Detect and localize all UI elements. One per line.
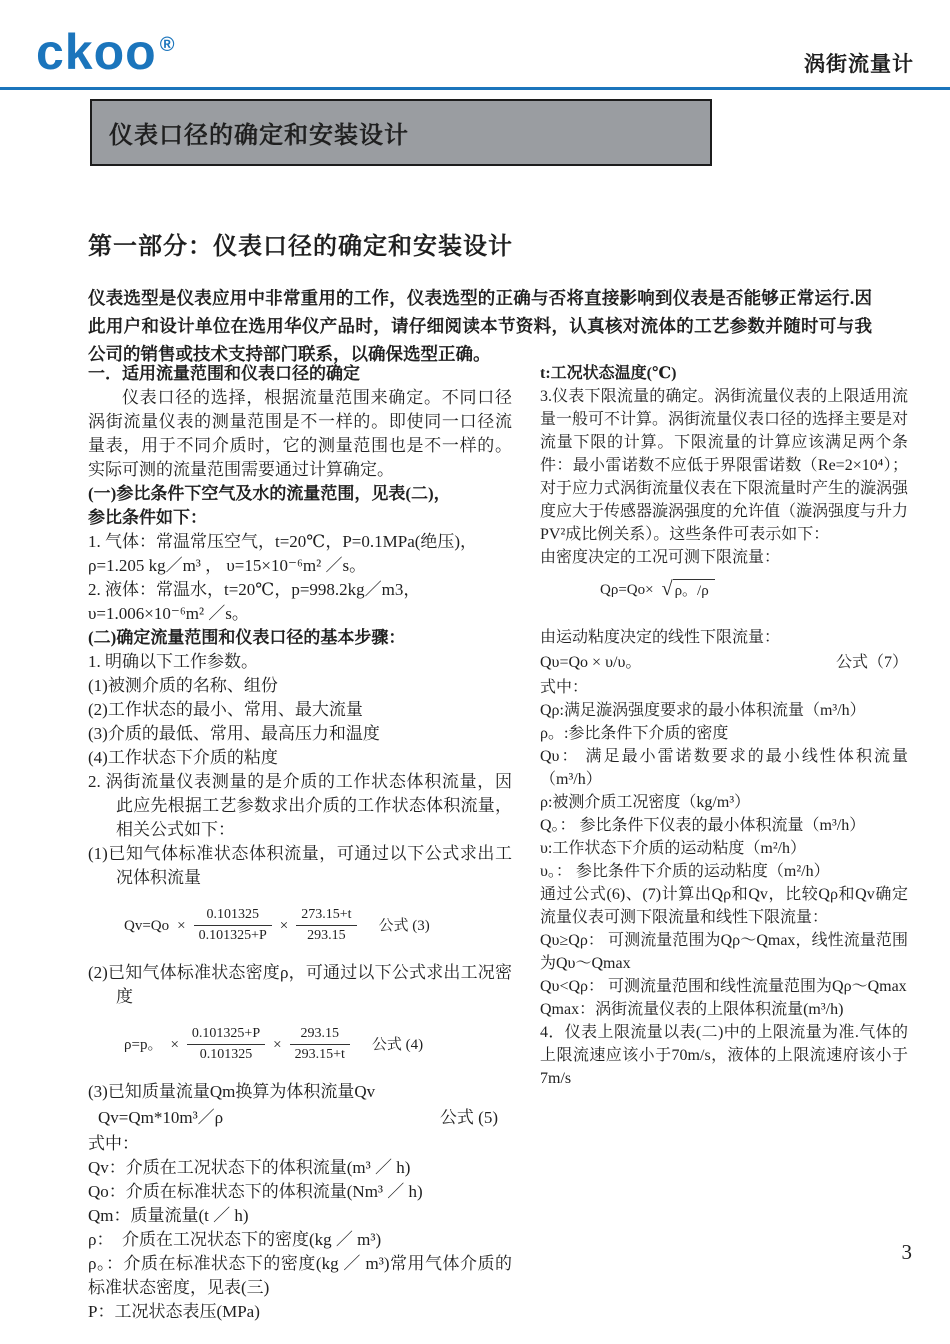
left-heading-1: 一．适用流量范围和仪表口径的确定	[88, 362, 512, 386]
fraction-denominator: 293.15	[296, 926, 356, 945]
formula-3: Qv=Qo × 0.101325 0.101325+P × 273.15+t 2…	[124, 906, 512, 945]
formula-7-equation: Qυ=Qo × υ/υ。	[540, 651, 641, 674]
formula-7: Qυ=Qo × υ/υ。 公式（7）	[540, 651, 908, 674]
definition-line: ρ:被测介质工况密度（kg/m³）	[540, 791, 908, 814]
page-number: 3	[902, 1240, 913, 1265]
formula-4-fraction-1: 0.101325+P 0.101325	[187, 1025, 265, 1064]
right-column: t:工况状态温度(℃) 3.仪表下限流量的确定。涡街流量仪表的上限适用流量一般可…	[540, 362, 908, 1090]
registered-mark-icon: ®	[160, 34, 176, 56]
definition-line: Qυ： 满足最小雷诺数要求的最小线性体积流量（m³/h）	[540, 745, 908, 791]
steps-heading: (二)确定流量范围和仪表口径的基本步骤：	[88, 626, 512, 650]
formula-5-equation: Qv=Qm*10m³／ρ	[98, 1106, 223, 1130]
fraction-numerator: 0.101325+P	[187, 1025, 265, 1045]
formula-4-lhs: ρ=p。	[124, 1036, 162, 1054]
multiply-sign: ×	[273, 1036, 281, 1054]
multiply-sign: ×	[280, 917, 288, 935]
qmax-definition: Qmax：涡街流量仪表的上限体积流量(m³/h)	[540, 998, 908, 1021]
chapter-banner-title: 仪表口径的确定和安装设计	[92, 115, 409, 150]
document-page: ckoo® 涡街流量计 仪表口径的确定和安装设计 第一部分：仪表口径的确定和安装…	[0, 0, 950, 1344]
gas-condition-line1: 1. 气体：常温常压空气，t=20℃，P=0.1MPa(绝压)，	[88, 530, 512, 554]
header-divider	[0, 87, 950, 90]
intro-paragraph: 仪表选型是仪表应用中非常重用的工作，仪表选型的正确与否将直接影响到仪表是否能够正…	[88, 284, 872, 368]
definition-line: ρ。:参比条件下介质的密度	[540, 722, 908, 745]
chapter-banner: 仪表口径的确定和安装设计	[90, 99, 712, 166]
step-1-item: (4)工作状态下介质的粘度	[88, 746, 512, 770]
case-1-line: Qυ≥Qρ： 可测流量范围为Qρ～Qmax，线性流量范围为Qυ～Qmax	[540, 929, 908, 975]
definition-line: Q。： 参比条件下仪表的最小体积流量（m³/h）	[540, 814, 908, 837]
fraction-denominator: 293.15+t	[290, 1045, 350, 1064]
definition-line: Qv：介质在工况状态下的体积流量(m³ ／ h)	[88, 1156, 512, 1180]
radical-sign: √	[662, 579, 673, 600]
square-root: √ ρ。/ρ	[662, 579, 715, 600]
definition-line: Qρ:满足漩涡强度要求的最小体积流量（m³/h）	[540, 699, 908, 722]
step-2-sub-2: (2)已知气体标准状态密度ρ，可通过以下公式求出工况密度	[88, 961, 512, 1009]
formula-3-label: 公式 (3)	[379, 917, 430, 935]
formula-5-label: 公式 (5)	[440, 1106, 498, 1130]
definition-line: P：工况状态表压(MPa)	[88, 1300, 512, 1324]
step-1-item: (1)被测介质的名称、组份	[88, 674, 512, 698]
definition-line: υ:工作状态下介质的运动粘度（m²/h）	[540, 837, 908, 860]
where-label: 式中：	[88, 1132, 512, 1156]
liquid-condition-line2: υ=1.006×10⁻⁶m² ／s。	[88, 602, 512, 626]
left-column: 一．适用流量范围和仪表口径的确定 仪表口径的选择，根据流量范围来确定。不同口径涡…	[88, 362, 512, 1324]
definition-line: ρ。：介质在标准状态下的密度(kg ／ m³)常用气体介质的标准状态密度，见表(…	[88, 1252, 512, 1300]
step-1-item: (2)工作状态的最小、常用、最大流量	[88, 698, 512, 722]
fraction-numerator: 273.15+t	[296, 906, 356, 926]
comparison-paragraph: 通过公式(6)、(7)计算出Qρ和Qv，比较Qρ和Qv确定流量仪表可测下限流量和…	[540, 883, 908, 929]
formula-3-fraction-1: 0.101325 0.101325+P	[194, 906, 272, 945]
fraction-numerator: 293.15	[290, 1025, 350, 1045]
formula-4: ρ=p。 × 0.101325+P 0.101325 × 293.15 293.…	[124, 1025, 512, 1064]
formula-7-label: 公式（7）	[836, 651, 908, 674]
step-2-sub-3: (3)已知质量流量Qm换算为体积流量Qv	[88, 1080, 512, 1104]
definition-line: ρ： 介质在工况状态下的密度(kg ／ m³)	[88, 1228, 512, 1252]
where-label: 式中：	[540, 676, 908, 699]
step-1: 1. 明确以下工作参数。	[88, 650, 512, 674]
formula-4-fraction-2: 293.15 293.15+t	[290, 1025, 350, 1064]
liquid-condition-line1: 2. 液体：常温水，t=20℃，p=998.2kg／m3，	[88, 578, 512, 602]
density-lower-limit-line: 由密度决定的工况可测下限流量：	[540, 546, 908, 569]
step-2: 2. 涡街流量仪表测量的是介质的工作状态体积流量，因此应先根据工艺参数求出介质的…	[88, 770, 512, 842]
formula-3-fraction-2: 273.15+t 293.15	[296, 906, 356, 945]
step-2-sub-1: (1)已知气体标准状态体积流量，可通过以下公式求出工况体积流量	[88, 842, 512, 890]
definition-line: Qm：质量流量(t ／ h)	[88, 1204, 512, 1228]
brand-logo-text: ckoo	[36, 24, 157, 80]
section-heading: 第一部分：仪表口径的确定和安装设计	[88, 226, 513, 261]
definition-line: υ。： 参比条件下介质的运动粘度（m²/h）	[540, 860, 908, 883]
viscosity-lower-limit-line: 由运动粘度决定的线性下限流量：	[540, 626, 908, 649]
fraction-numerator: 0.101325	[194, 906, 272, 926]
formula-5: Qv=Qm*10m³／ρ 公式 (5)	[98, 1106, 498, 1130]
case-2-line: Qυ<Qρ： 可测流量范围和线性流量范围为Qρ～Qmax	[540, 975, 908, 998]
definition-line: Qo：介质在标准状态下的体积流量(Nm³ ／ h)	[88, 1180, 512, 1204]
multiply-sign: ×	[177, 917, 185, 935]
brand-logo: ckoo®	[36, 20, 175, 77]
paragraph-3: 3.仪表下限流量的确定。涡街流量仪表的上限适用流量一般可不计算。涡街流量仪表口径…	[540, 385, 908, 546]
formula-4-label: 公式 (4)	[372, 1036, 423, 1054]
ref-condition-heading: (一)参比条件下空气及水的流量范围，见表(二)，	[88, 482, 512, 506]
radicand: ρ。/ρ	[673, 579, 715, 600]
header-doc-title: 涡街流量计	[804, 48, 914, 78]
fraction-denominator: 0.101325	[187, 1045, 265, 1064]
formula-3-lhs: Qv=Qo	[124, 917, 169, 935]
multiply-sign: ×	[170, 1036, 178, 1054]
fraction-denominator: 0.101325+P	[194, 926, 272, 945]
paragraph-4: 4．仪表上限流量以表(二)中的上限流量为准.气体的上限流速应该小于70m/s，液…	[540, 1021, 908, 1090]
gas-condition-line2: ρ=1.205 kg／m³ ， υ=15×10⁻⁶m² ／s。	[88, 554, 512, 578]
t-definition: t:工况状态温度(℃)	[540, 362, 908, 385]
ref-condition-subheading: 参比条件如下：	[88, 506, 512, 530]
formula-6: Qρ=Qo× √ ρ。/ρ	[600, 579, 908, 600]
left-paragraph-1: 仪表口径的选择，根据流量范围来确定。不同口径涡街流量仪表的测量范围是不一样的。即…	[88, 386, 512, 482]
formula-6-lhs: Qρ=Qo×	[600, 581, 654, 599]
step-1-item: (3)介质的最低、常用、最高压力和温度	[88, 722, 512, 746]
